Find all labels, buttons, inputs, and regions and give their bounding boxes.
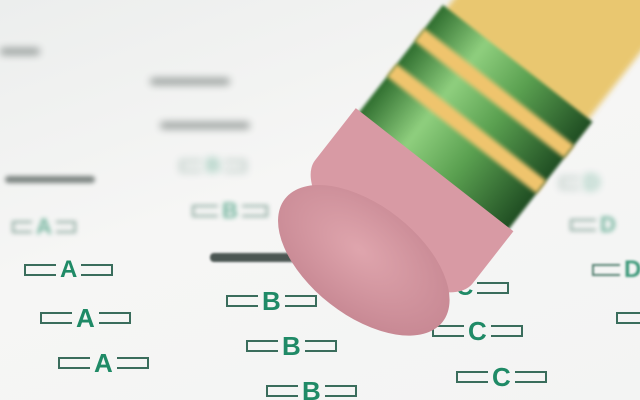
bubble-bracket-left — [570, 219, 596, 231]
answer-bubble-a: A — [24, 258, 113, 282]
bubble-bracket-left — [180, 160, 202, 172]
bubble-letter: A — [76, 305, 95, 331]
bubble-letter: D — [584, 172, 600, 194]
bubble-bracket-left — [40, 312, 72, 324]
bubble-bracket-left — [456, 371, 488, 383]
bubble-bracket-left — [592, 264, 620, 276]
bubble-letter: D — [624, 258, 640, 282]
filled-bubble-mark — [150, 78, 230, 85]
bubble-letter: B — [222, 200, 238, 222]
bubble-bracket-right — [81, 264, 113, 276]
bubble-bracket-left — [226, 295, 258, 307]
answer-bubble-a: A — [12, 216, 76, 238]
bubble-bracket-left — [616, 312, 640, 324]
answer-bubble-b: B — [180, 156, 246, 176]
bubble-bracket-left — [192, 205, 218, 217]
bubble-letter: B — [302, 378, 321, 400]
answer-bubble-d: D — [570, 214, 616, 236]
answer-bubble-d: D — [592, 258, 640, 282]
answer-bubble-c: C — [456, 364, 547, 390]
bubble-letter: B — [262, 288, 281, 314]
bubble-bracket-right — [56, 221, 76, 233]
answer-bubble-a: A — [58, 350, 149, 376]
answer-bubble-a: A — [40, 305, 131, 331]
bubble-bracket-left — [12, 221, 32, 233]
filled-bubble-mark — [0, 48, 40, 55]
answer-bubble-b: B — [246, 333, 337, 359]
bubble-bracket-right — [325, 385, 357, 397]
bubble-letter: A — [94, 350, 113, 376]
bubble-bracket-right — [224, 160, 246, 172]
bubble-letter: D — [600, 214, 616, 236]
bubble-letter: B — [282, 333, 301, 359]
answer-sheet-photo: A A A A B B B B B — [0, 0, 640, 400]
bubble-letter: A — [60, 258, 77, 282]
bubble-letter: A — [36, 216, 52, 238]
bubble-bracket-left — [58, 357, 90, 369]
filled-bubble-mark — [5, 176, 95, 183]
bubble-letter: C — [468, 318, 487, 344]
bubble-bracket-left — [266, 385, 298, 397]
bubble-bracket-right — [99, 312, 131, 324]
bubble-letter: C — [492, 364, 511, 390]
bubble-bracket-right — [305, 340, 337, 352]
bubble-bracket-right — [515, 371, 547, 383]
bubble-bracket-left — [24, 264, 56, 276]
bubble-bracket-right — [491, 325, 523, 337]
filled-bubble-mark — [160, 122, 250, 129]
bubble-bracket-left — [246, 340, 278, 352]
answer-bubble-partial — [616, 312, 640, 324]
bubble-letter: B — [206, 156, 220, 176]
answer-bubble-b: B — [266, 378, 357, 400]
bubble-bracket-right — [117, 357, 149, 369]
